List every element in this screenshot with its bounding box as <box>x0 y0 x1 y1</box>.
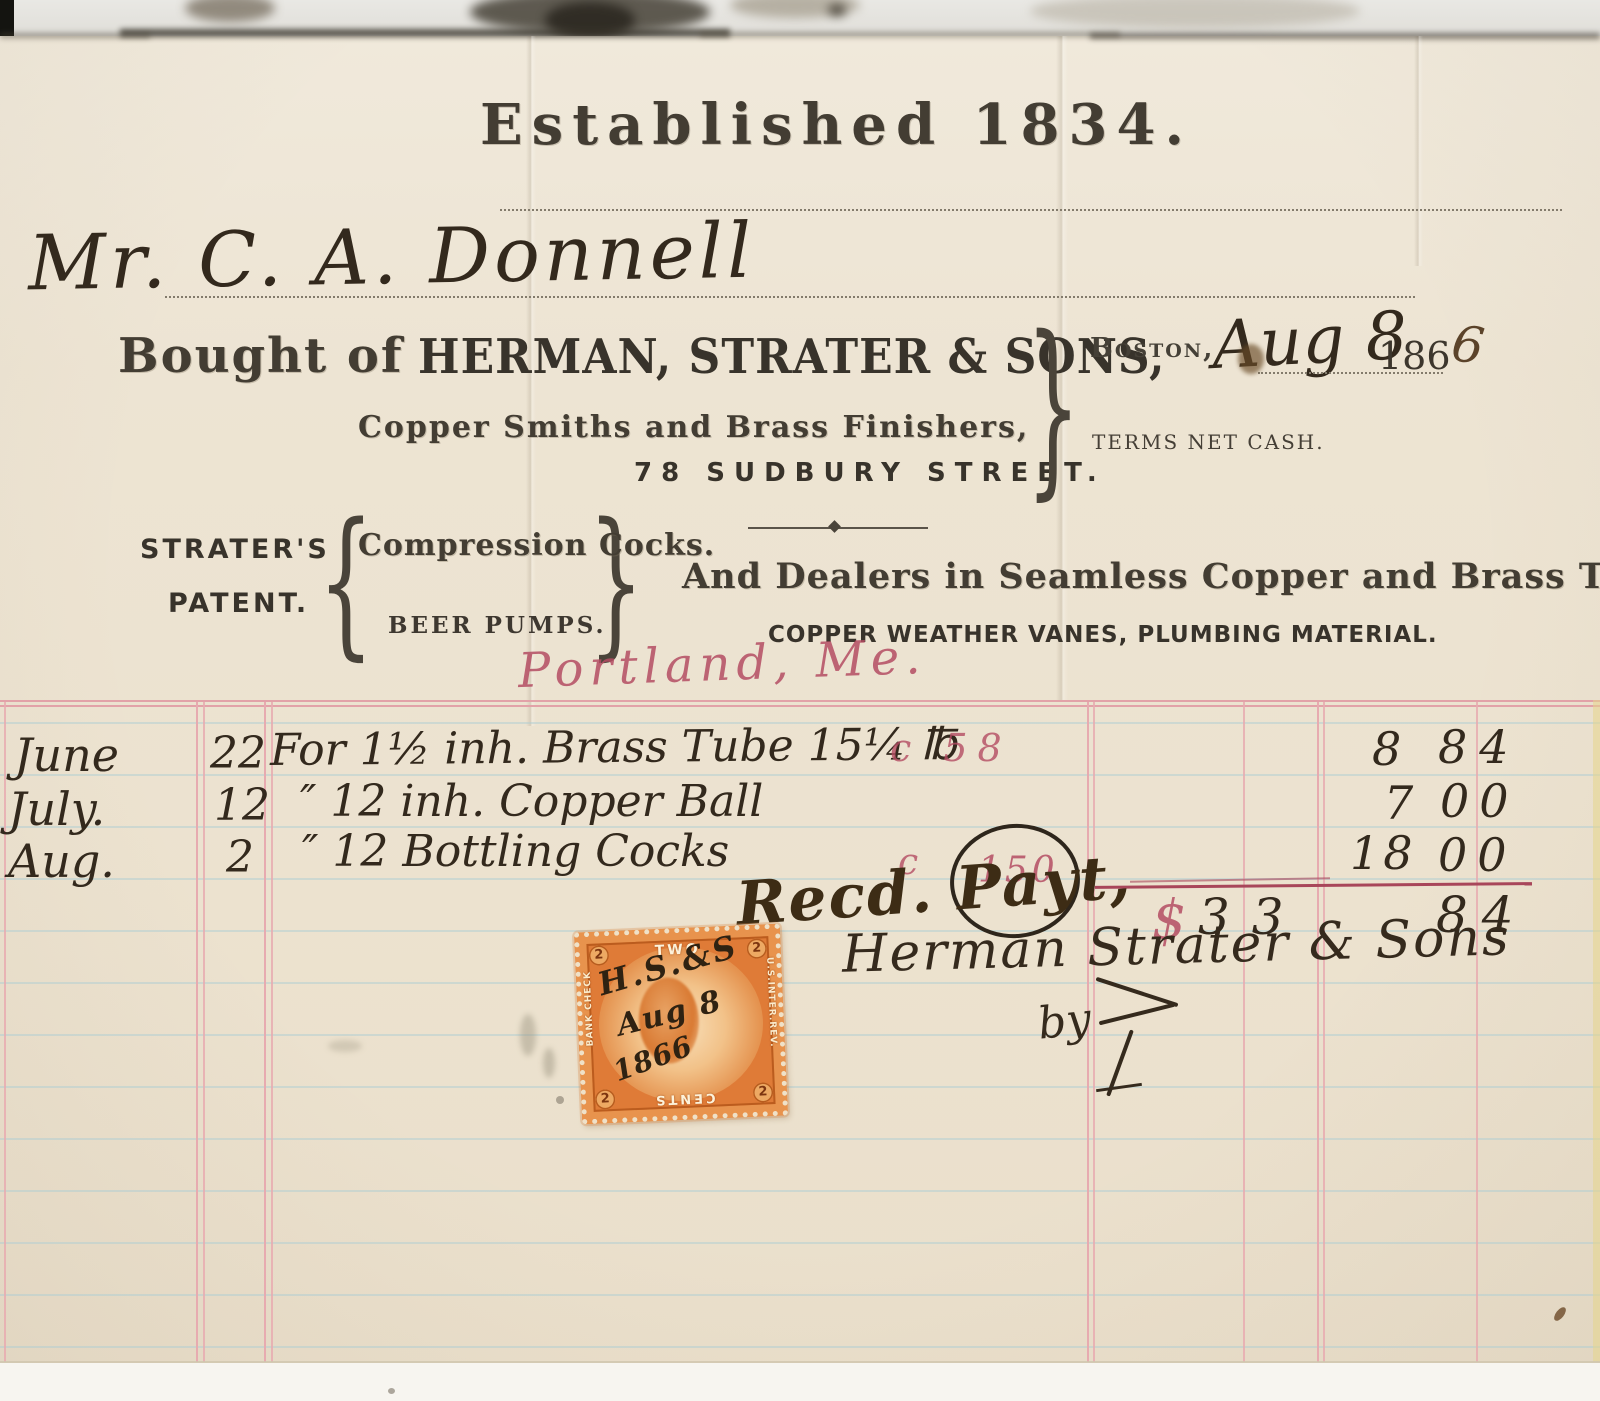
ledger-vrule <box>203 702 205 1362</box>
row-description: For 1½ inh. Brass Tube 15¼ ℔ <box>270 719 957 776</box>
row-description: ″ 12 Bottling Cocks <box>302 826 729 877</box>
patent-product-2: BEER PUMPS. <box>388 612 607 639</box>
paper-right-edge <box>1593 700 1600 1362</box>
row-month: June <box>14 728 119 782</box>
row-cents: 84 <box>1438 720 1521 774</box>
fold-crease <box>1414 36 1423 266</box>
terms-line: TERMS NET CASH. <box>1092 430 1325 454</box>
smudge-mark <box>556 1096 564 1104</box>
paper-top-edge <box>1090 33 1600 39</box>
ledger-vrule <box>1093 702 1095 1362</box>
paper-top-edge <box>120 29 730 37</box>
smudge-mark <box>543 1048 555 1078</box>
top-smudge <box>828 4 846 16</box>
row-day: 2 <box>226 832 254 883</box>
ledger-vrule <box>4 702 6 1362</box>
row-dollars: 18 <box>1350 826 1417 880</box>
ledger-vrule <box>271 702 273 1362</box>
row-rate-note: c 58 <box>890 726 1012 770</box>
scanner-background-bottom <box>0 1363 1600 1401</box>
ruled-dotted-line <box>165 296 1415 298</box>
ledger-vrule <box>1243 702 1245 1362</box>
trade-line: Copper Smiths and Brass Finishers, <box>358 410 1029 445</box>
ledger-vrule <box>1323 702 1325 1362</box>
scanned-billhead-document: Established 1834. Mr. C. A. Donnell Boug… <box>0 0 1600 1401</box>
row-cents: 00 <box>1440 774 1519 828</box>
ledger-top-rule <box>0 700 1600 702</box>
ledger-top-rule-2 <box>0 705 1600 707</box>
year-printed: 186 <box>1378 334 1451 378</box>
bottom-speck <box>388 1388 395 1394</box>
row-dollars: 8 <box>1372 722 1401 776</box>
smudge-mark <box>328 1040 362 1052</box>
ink-blot <box>1238 344 1264 374</box>
customer-name-handwritten: Mr. C. A. Donnell <box>27 206 756 308</box>
header-brace: } <box>1026 296 1080 517</box>
row-month: Aug. <box>8 834 115 888</box>
patent-product-1: Compression Cocks. <box>358 528 715 563</box>
row-month: July. <box>8 782 105 836</box>
paper-top-edge <box>0 33 150 38</box>
dealers-line: And Dealers in Seamless Copper and Brass… <box>682 556 1600 597</box>
row-day: 12 <box>214 780 270 831</box>
row-day: 22 <box>210 728 266 779</box>
established-line: Established 1834. <box>480 92 1120 158</box>
bought-of-label: Bought of <box>118 328 404 384</box>
row-dollars: 7 <box>1384 776 1413 830</box>
patent-word-1: STRATER'S <box>140 534 330 565</box>
city-label-visible: Boston, <box>1090 333 1215 364</box>
paper-bottom-edge <box>0 1361 1600 1363</box>
signature-by-handwritten: by <box>1035 993 1093 1049</box>
patent-brace-left: { <box>318 488 374 675</box>
ledger-vrule <box>1317 702 1319 1362</box>
smudge-mark <box>520 1014 536 1056</box>
row-cents: 00 <box>1438 828 1517 882</box>
ledger-vrule <box>196 702 198 1362</box>
patent-word-2: PATENT. <box>168 588 309 619</box>
row-description: ″ 12 inh. Copper Ball <box>300 776 763 827</box>
